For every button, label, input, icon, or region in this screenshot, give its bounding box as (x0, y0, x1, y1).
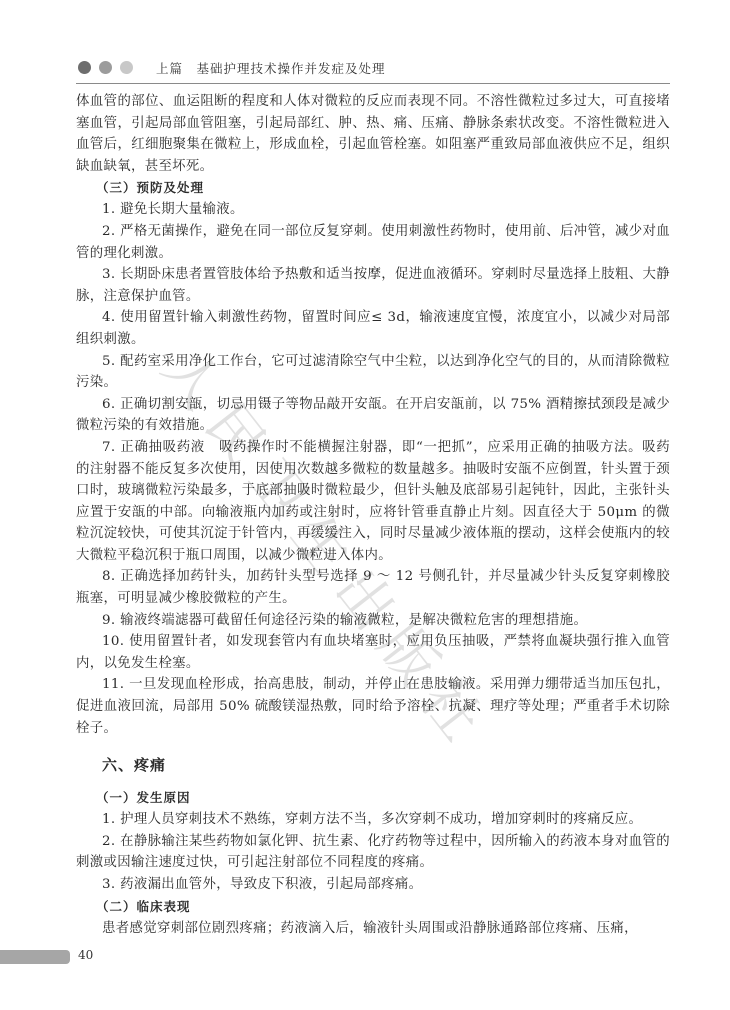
paragraph: 患者感觉穿刺部位剧烈疼痛；药液滴入后，输液针头周围或沿静脉通路部位疼痛、压痛， (76, 918, 670, 940)
footer-bar (0, 950, 70, 964)
list-item: 4. 使用留置针输入刺激性药物，留置时间应≤ 3d，输液速度宜慢，浓度宜小，以减… (76, 307, 670, 350)
header-dots (78, 61, 133, 74)
page-body: 体血管的部位、血运阻断的程度和人体对微粒的反应而表现不同。不溶性微粒过多过大，可… (76, 91, 670, 939)
list-item: 9. 输液终端滤器可截留任何途径污染的输液微粒，是解决微粒危害的理想措施。 (76, 610, 670, 632)
list-item: 2. 严格无菌操作，避免在同一部位反复穿刺。使用刺激性药物时，使用前、后冲管，减… (76, 221, 670, 264)
paragraph: 体血管的部位、血运阻断的程度和人体对微粒的反应而表现不同。不溶性微粒过多过大，可… (76, 91, 670, 177)
dot-icon (78, 61, 91, 74)
list-item: 1. 护理人员穿刺技术不熟练，穿刺方法不当，多次穿刺不成功，增加穿刺时的疼痛反应… (76, 809, 670, 831)
dot-icon (120, 61, 133, 74)
list-item: 7. 正确抽吸药液 吸药操作时不能横握注射器，即“一把抓”，应采用正确的抽吸方法… (76, 437, 670, 567)
page-number: 40 (78, 948, 93, 962)
list-item: 1. 避免长期大量输液。 (76, 199, 670, 221)
list-item: 5. 配药室采用净化工作台，它可过滤清除空气中尘粒，以达到净化空气的目的，从而清… (76, 351, 670, 394)
list-item: 8. 正确选择加药针头，加药针头型号选择 9 ～ 12 号侧孔针，并尽量减少针头… (76, 566, 670, 609)
list-item: 11. 一旦发现血栓形成，抬高患肢，制动，并停止在患肢输液。采用弹力绷带适当加压… (76, 674, 670, 739)
list-item: 3. 长期卧床患者置管肢体给予热敷和适当按摩，促进血液循环。穿刺时尽量选择上肢粗… (76, 264, 670, 307)
subheading: （一）发生原因 (76, 787, 670, 809)
list-item: 2. 在静脉输注某些药物如氯化钾、抗生素、化疗药物等过程中，因所输入的药液本身对… (76, 831, 670, 874)
header-title: 上篇 基础护理技术操作并发症及处理 (156, 59, 386, 77)
list-item: 3. 药液漏出血管外，导致皮下积液，引起局部疼痛。 (76, 874, 670, 896)
list-item: 10. 使用留置针者，如发现套管内有血块堵塞时，应用负压抽吸，严禁将血凝块强行推… (76, 631, 670, 674)
section-title: 六、疼痛 (76, 753, 670, 777)
subheading: （三）预防及处理 (76, 177, 670, 199)
list-item: 6. 正确切割安瓿，切忌用镊子等物品敲开安瓿。在开启安瓿前，以 75% 酒精擦拭… (76, 394, 670, 437)
subheading: （二）临床表现 (76, 896, 670, 918)
dot-icon (99, 61, 112, 74)
running-header: 上篇 基础护理技术操作并发症及处理 (76, 57, 670, 84)
